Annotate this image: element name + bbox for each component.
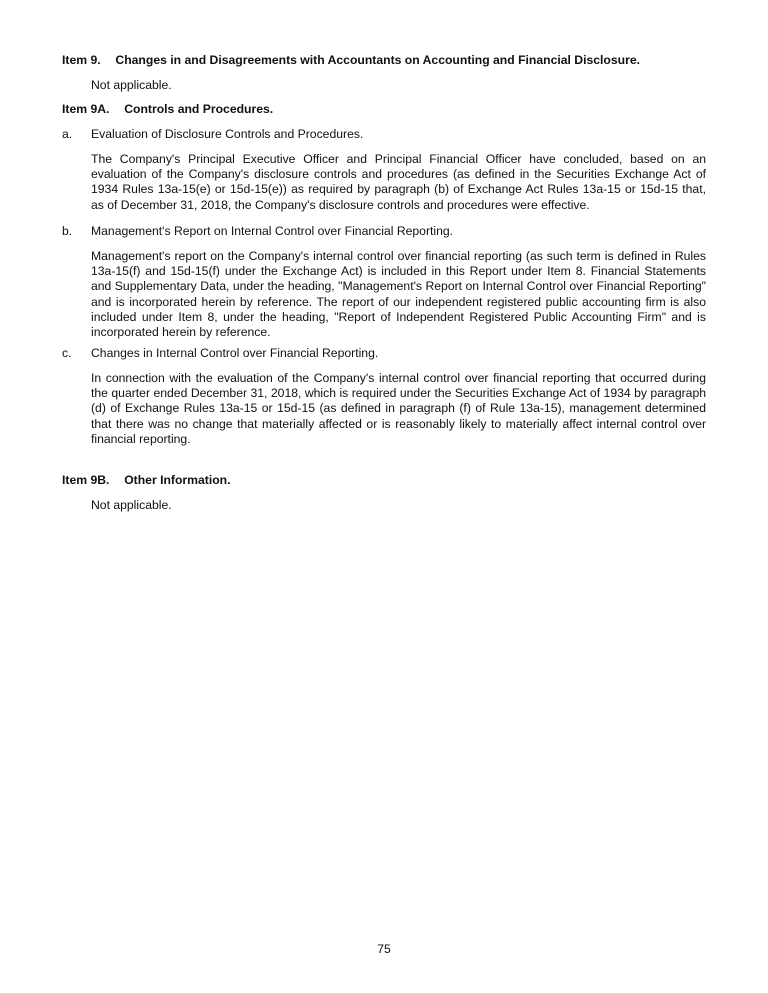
section-c-body: In connection with the evaluation of the…	[91, 371, 706, 447]
section-b-marker: b.	[62, 224, 72, 238]
item-9-title: Changes in and Disagreements with Accoun…	[115, 53, 640, 67]
item-9b-heading: Item 9B. Other Information.	[62, 473, 231, 487]
section-c-marker: c.	[62, 346, 71, 360]
item-9-heading: Item 9. Changes in and Disagreements wit…	[62, 53, 640, 67]
item-9a-heading: Item 9A. Controls and Procedures.	[62, 102, 273, 116]
section-a-marker: a.	[62, 127, 72, 141]
page-number: 75	[0, 942, 768, 956]
item-9a-number: Item 9A.	[62, 102, 109, 116]
item-9b-number: Item 9B.	[62, 473, 109, 487]
section-a-body: The Company's Principal Executive Office…	[91, 152, 706, 213]
item-9a-title: Controls and Procedures.	[124, 102, 273, 116]
item-9-number: Item 9.	[62, 53, 101, 67]
section-b-title: Management's Report on Internal Control …	[91, 224, 453, 238]
section-b-body: Management's report on the Company's int…	[91, 249, 706, 340]
item-9-body: Not applicable.	[91, 78, 172, 92]
item-9b-body: Not applicable.	[91, 498, 172, 512]
section-a-title: Evaluation of Disclosure Controls and Pr…	[91, 127, 363, 141]
section-c-title: Changes in Internal Control over Financi…	[91, 346, 378, 360]
item-9b-title: Other Information.	[124, 473, 230, 487]
